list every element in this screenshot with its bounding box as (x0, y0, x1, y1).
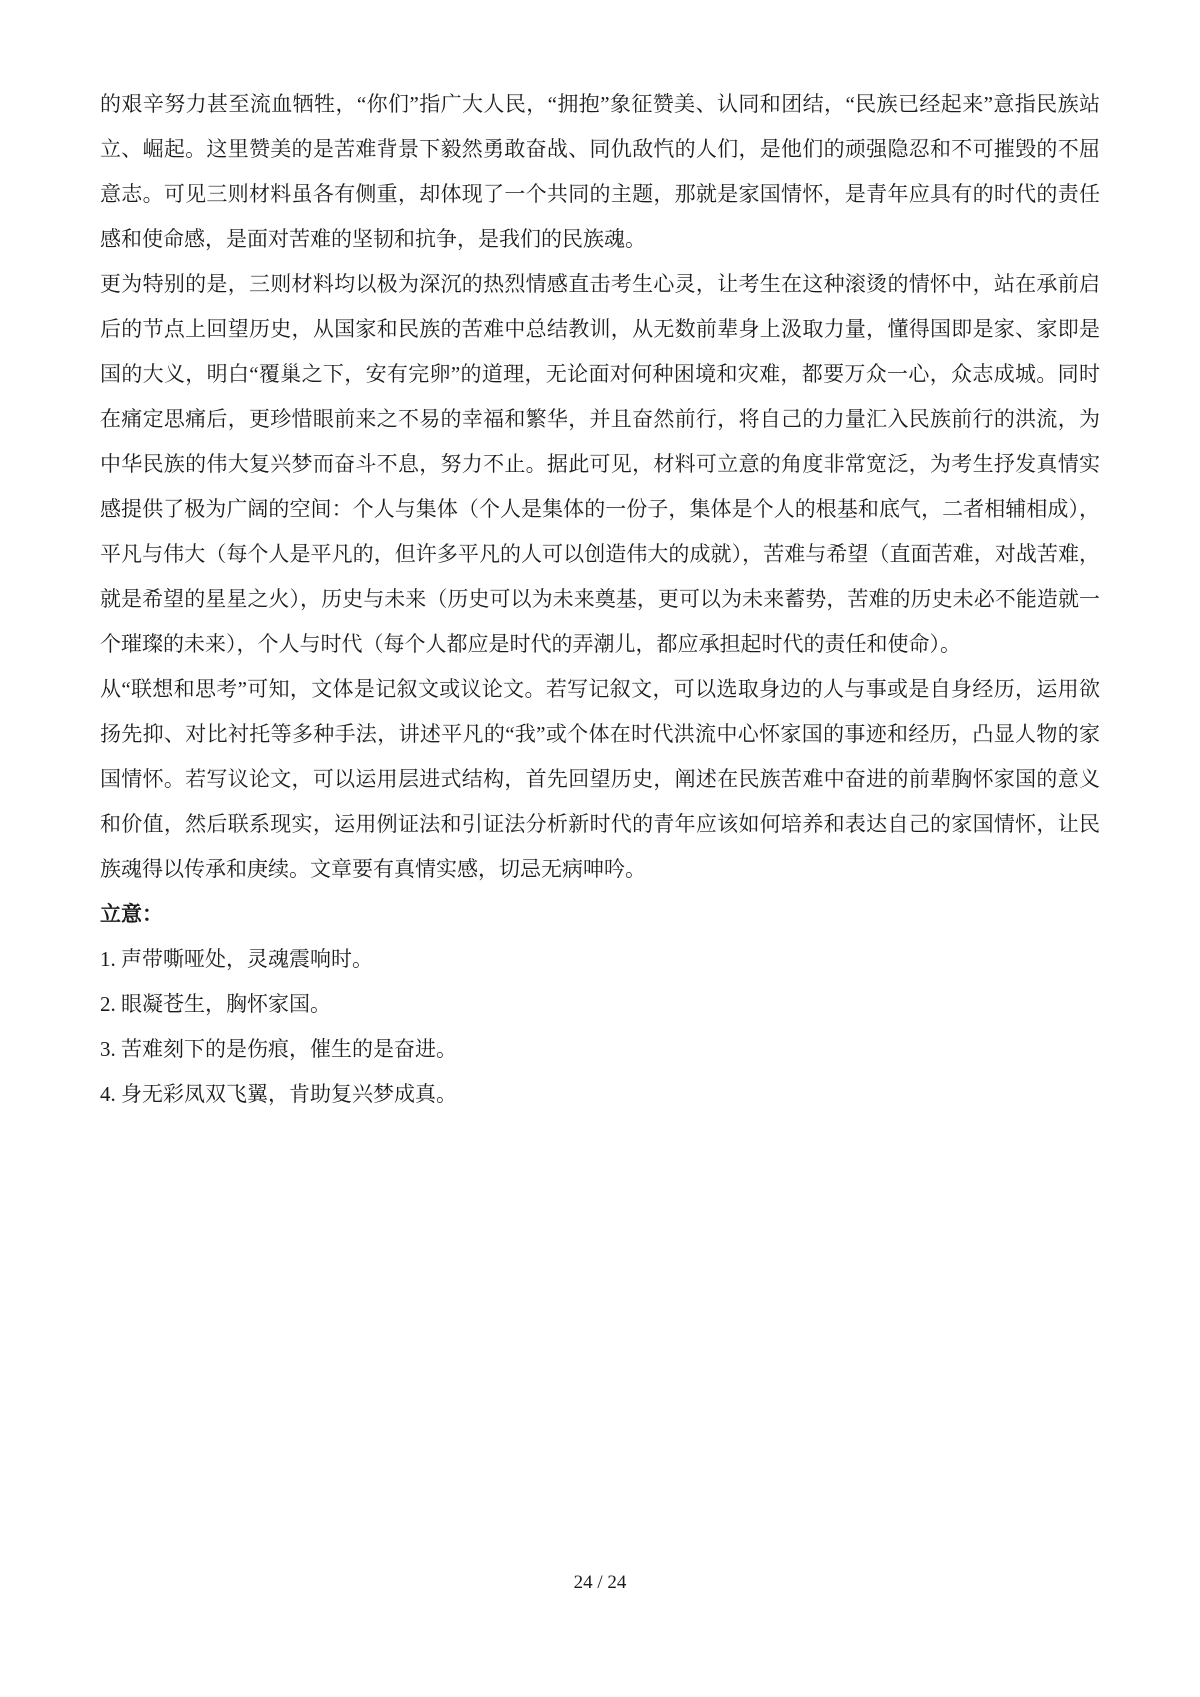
paragraph-material-angles: 更为特别的是，三则材料均以极为深沉的热烈情感直击考生心灵，让考生在这种滚烫的情怀… (100, 262, 1100, 667)
point-item-3: 3. 苦难刻下的是伤痕，催生的是奋进。 (100, 1027, 1100, 1072)
point-item-4: 4. 身无彩凤双飞翼，肯助复兴梦成真。 (100, 1072, 1100, 1117)
point-item-1: 1. 声带嘶哑处，灵魂震响时。 (100, 937, 1100, 982)
point-item-2: 2. 眼凝苍生，胸怀家国。 (100, 982, 1100, 1027)
document-body: 的艰辛努力甚至流血牺牲，“你们”指广大人民，“拥抱”象征赞美、认同和团结，“民族… (100, 82, 1100, 1117)
paragraph-analysis-theme: 的艰辛努力甚至流血牺牲，“你们”指广大人民，“拥抱”象征赞美、认同和团结，“民族… (100, 82, 1100, 262)
page-number: 24 / 24 (0, 1572, 1200, 1594)
paragraph-genre-guidance: 从“联想和思考”可知，文体是记叙文或议论文。若写记叙文，可以选取身边的人与事或是… (100, 667, 1100, 892)
document-page: 的艰辛努力甚至流血牺牲，“你们”指广大人民，“拥抱”象征赞美、认同和团结，“民族… (0, 0, 1200, 1697)
section-heading-liyi: 立意： (100, 892, 1100, 937)
